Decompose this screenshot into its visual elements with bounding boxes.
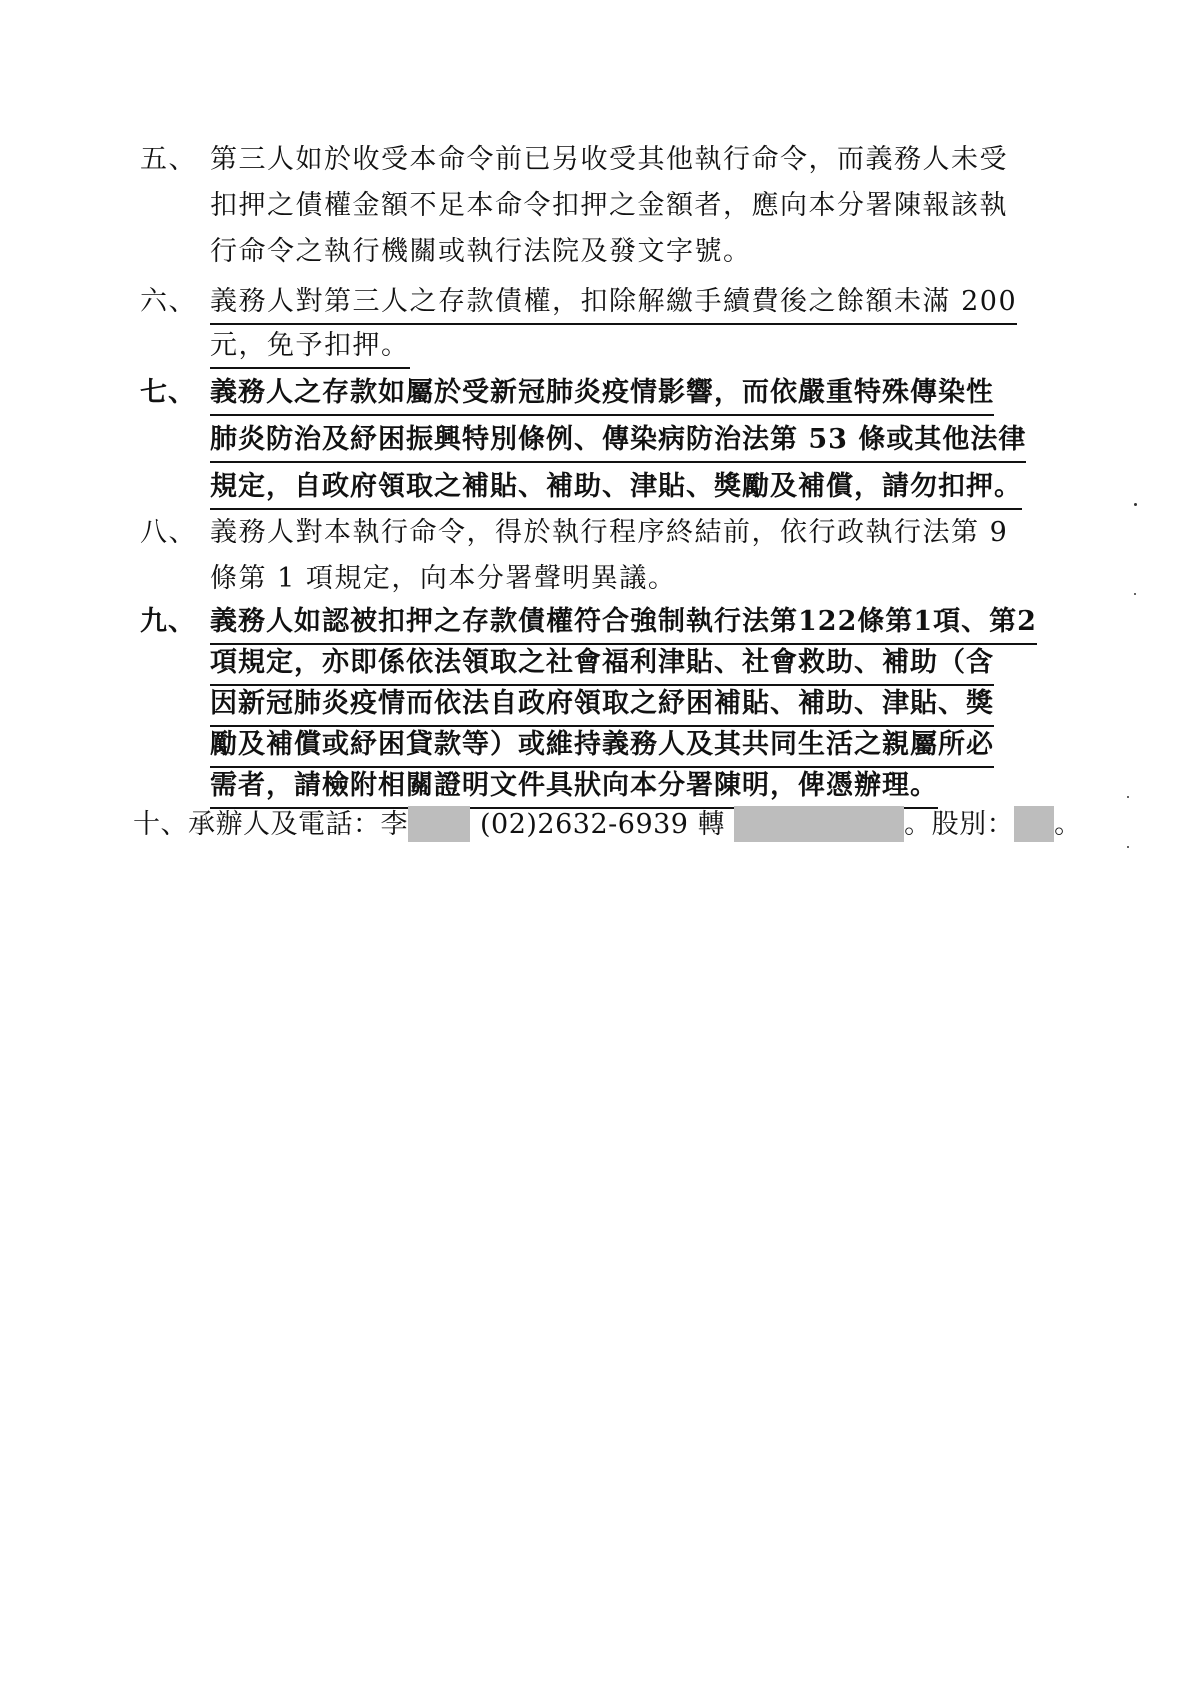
clause-text-line: 條第 1 項規定，向本分署聲明異議。 (210, 559, 676, 599)
clause-number: 十、 (133, 809, 188, 840)
clause-text-line: 義務人對本執行命令，得於執行程序終結前，依行政執行法第 9 (210, 513, 1008, 553)
clause-number: 五、 (140, 140, 206, 180)
clause-text-line: 勵及補償或紓困貸款等）或維持義務人及其共同生活之親屬所必 (210, 725, 994, 768)
scan-speck (1134, 503, 1137, 506)
clause-text-line: 元，免予扣押。 (210, 326, 410, 369)
clause-text-line: 行命令之執行機關或執行法院及發文字號。 (210, 232, 752, 272)
clause-number: 九、 (140, 602, 206, 642)
clause-text-line: 規定，自政府領取之補貼、補助、津貼、獎勵及補償，請勿扣押。 (210, 467, 1022, 510)
document-page: 五、 第三人如於收受本命令前已另收受其他執行命令，而義務人未受 扣押之債權金額不… (0, 0, 1194, 1686)
redacted-name (408, 806, 470, 842)
clause-text-line: 義務人如認被扣押之存款債權符合強制執行法第122條第1項、第2 (210, 602, 1037, 645)
redacted-extension (734, 806, 904, 842)
extension-label: 轉 (698, 809, 726, 840)
clause-text-line: 因新冠肺炎疫情而依法自政府領取之紓困補貼、補助、津貼、獎 (210, 684, 994, 727)
contact-label: 承辦人及電話： (188, 809, 381, 840)
clause-number: 八、 (140, 513, 206, 553)
clause-text-line: 需者，請檢附相關證明文件具狀向本分署陳明，俾憑辦理。 (210, 766, 938, 809)
clause-text-line: 項規定，亦即係依法領取之社會福利津貼、社會救助、補助（含 (210, 643, 994, 686)
contact-surname: 李 (381, 809, 409, 840)
section-label: 。股別： (904, 809, 1014, 840)
clause-text-line: 扣押之債權金額不足本命令扣押之金額者，應向本分署陳報該執 (210, 186, 1008, 226)
clause-text-line: 義務人對第三人之存款債權，扣除解繳手續費後之餘額未滿 200 (210, 282, 1017, 325)
redacted-section (1014, 806, 1054, 842)
clause-text-line: 義務人之存款如屬於受新冠肺炎疫情影響，而依嚴重特殊傳染性 (210, 373, 994, 416)
contact-phone: (02)2632-6939 (480, 809, 688, 840)
clause-number: 六、 (140, 282, 206, 322)
clause-number: 七、 (140, 373, 206, 413)
clause-text-line: 肺炎防治及紓困振興特別條例、傳染病防治法第 53 條或其他法律 (210, 420, 1026, 463)
scan-speck (1134, 593, 1136, 595)
scan-speck (1127, 846, 1129, 848)
scan-speck (1127, 796, 1129, 798)
contact-end-mark: 。 (1054, 809, 1082, 840)
clause-text-line: 第三人如於收受本命令前已另收受其他執行命令，而義務人未受 (210, 140, 1008, 180)
